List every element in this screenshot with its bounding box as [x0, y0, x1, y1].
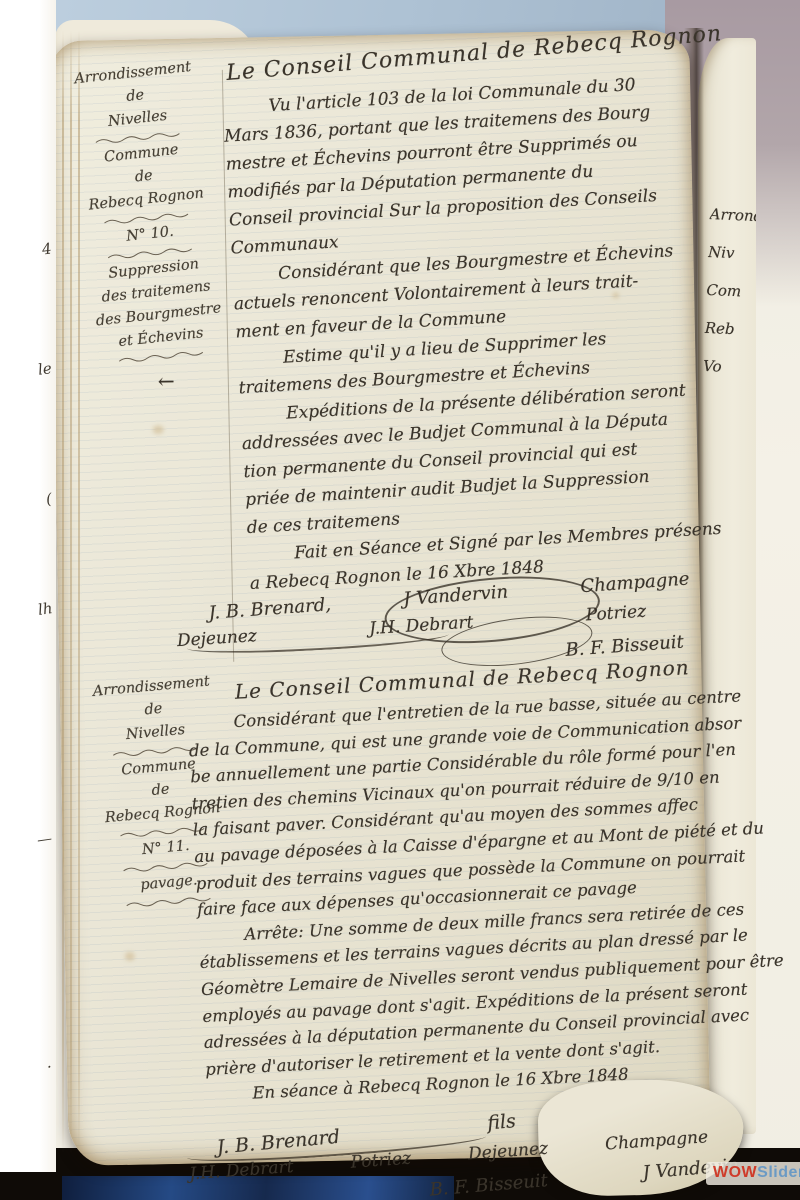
- manuscript-line: Arrond: [709, 205, 756, 245]
- section1-body-text: Vu l'article 103 de la loi Communale du …: [222, 69, 705, 598]
- page-crease: [62, 30, 64, 1154]
- signature: fils: [486, 1110, 516, 1134]
- clipped-ink-fragment: le: [37, 359, 53, 379]
- clipped-ink-fragment: 4: [41, 239, 53, 258]
- manuscript-line: Com: [705, 281, 756, 321]
- manuscript-line: Reb: [704, 319, 756, 359]
- foxing-spot: [125, 952, 135, 961]
- margin-arrow-mark: ←: [158, 369, 175, 393]
- clipped-ink-fragment: (: [45, 490, 53, 509]
- page-crease: [78, 30, 80, 1154]
- clipped-ink-fragment: lh: [36, 599, 53, 619]
- left-page-white-strip: 4le(lh—·: [0, 0, 56, 1172]
- book-cover-blue: [62, 1176, 454, 1200]
- watermark-slider-text: Slider: [757, 1164, 800, 1181]
- manuscript-line: Vo: [702, 357, 754, 397]
- clipped-ink-fragment: —: [36, 829, 53, 849]
- facing-page-margin-text: ArrondNivComRebVo: [702, 205, 756, 397]
- section1-margin-notes: ArrondissementdeNivellesCommunedeRebecq …: [53, 54, 242, 370]
- page-crease: [70, 30, 72, 1154]
- manuscript-page: Le Conseil Communal de Rebecq Rognon Arr…: [47, 29, 710, 1166]
- clipped-ink-fragment: ·: [46, 1058, 53, 1076]
- signature: J. B. Brenard,: [208, 594, 332, 624]
- manuscript-photo: ArrondNivComRebVo Le Conseil Communal de…: [0, 0, 800, 1200]
- section2-body-text: Considérant que l'entretien de la rue ba…: [187, 684, 758, 1110]
- foxing-spot: [153, 425, 164, 434]
- wowslider-watermark[interactable]: WOWSlider: [706, 1162, 800, 1185]
- manuscript-line: Niv: [707, 243, 756, 283]
- watermark-wow-text: WOW: [713, 1164, 757, 1181]
